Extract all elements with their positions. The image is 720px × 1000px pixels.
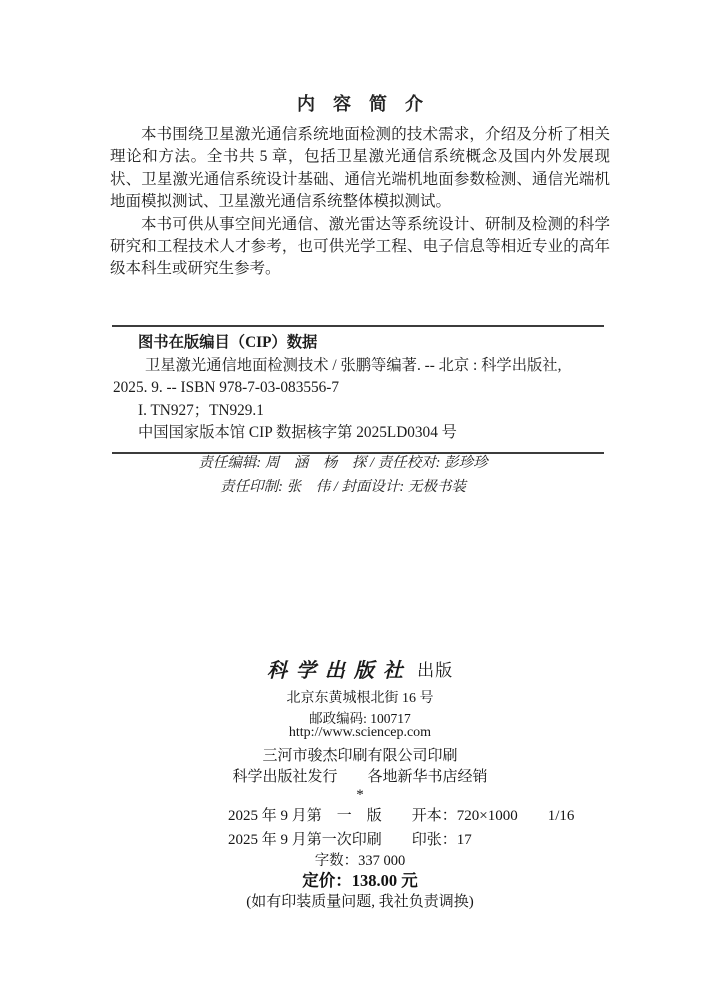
publisher-logo-line: 科学出版社 出版 <box>0 654 720 683</box>
printing-sheets-line: 2025 年 9 月第一次印刷 印张：17 <box>228 828 472 849</box>
printer-line: 三河市骏杰印刷有限公司印刷 <box>0 744 720 765</box>
content-summary-body: 本书围绕卫星激光通信系统地面检测的技术需求，介绍及分析了相关理论和方法。全书共 … <box>110 124 610 281</box>
cip-header: 图书在版编目（CIP）数据 <box>112 332 604 355</box>
cip-data-block: 图书在版编目（CIP）数据 卫星激光通信地面检测技术 / 张鹏等编著. -- 北… <box>112 325 604 454</box>
credits-editors-line: 责任编辑: 周 涵 杨 探 / 责任校对: 彭珍珍 <box>95 452 591 476</box>
quality-exchange-note: (如有印装质量问题, 我社负责调换) <box>0 890 720 911</box>
separator-asterisk: * <box>0 787 720 804</box>
cip-record-number-line: 中国国家版本馆 CIP 数据核字第 2025LD0304 号 <box>112 422 604 445</box>
cip-isbn-line: 2025. 9. -- ISBN 978-7-03-083556-7 <box>112 377 604 400</box>
publisher-logo-suffix: 出版 <box>412 661 453 680</box>
publisher-address: 北京东黄城根北街 16 号 <box>0 687 720 707</box>
science-press-logo: 科学出版社 <box>267 660 412 682</box>
cip-title-author-line: 卫星激光通信地面检测技术 / 张鹏等编著. -- 北京 : 科学出版社, <box>112 355 604 378</box>
edition-format-line: 2025 年 9 月第 一 版 开本：720×1000 1/16 <box>228 804 574 825</box>
publisher-postcode: 邮政编码: 100717 <box>0 707 720 727</box>
cip-classification-line: I. TN927；TN929.1 <box>112 400 604 423</box>
publisher-website: http://www.sciencep.com <box>0 725 720 741</box>
content-summary-paragraph-2: 本书可供从事空间光通信、激光雷达等系统设计、研制及检测的科学研究和工程技术人才参… <box>110 214 610 281</box>
content-summary-paragraph-1: 本书围绕卫星激光通信系统地面检测的技术需求，介绍及分析了相关理论和方法。全书共 … <box>110 124 610 214</box>
content-summary-title: 内 容 简 介 <box>0 90 720 116</box>
price-line: 定价：138.00 元 <box>0 867 720 891</box>
credits-print-design-line: 责任印制: 张 伟 / 封面设计: 无极书装 <box>95 476 591 500</box>
book-copyright-page: 内 容 简 介 本书围绕卫星激光通信系统地面检测的技术需求，介绍及分析了相关理论… <box>0 0 720 1000</box>
distribution-line: 科学出版社发行 各地新华书店经销 <box>0 765 720 786</box>
staff-credits: 责任编辑: 周 涵 杨 探 / 责任校对: 彭珍珍 责任印制: 张 伟 / 封面… <box>95 452 591 499</box>
